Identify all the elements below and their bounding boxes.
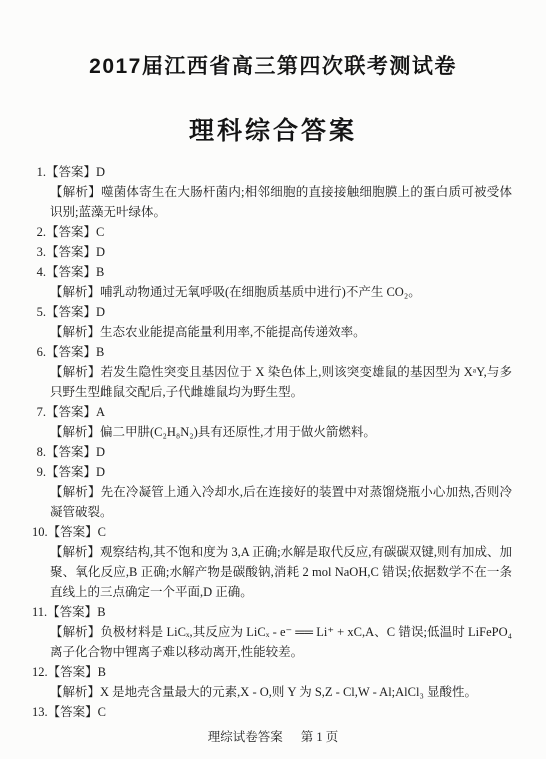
analysis-paragraph: 【解析】若发生隐性突变且基因位于 X 染色体上,则该突变雄鼠的基因型为 XᵃY,… <box>50 362 512 402</box>
answer-item: 4.【答案】B 【解析】哺乳动物通过无氧呼吸(在细胞质基质中进行)不产生 CO₂… <box>0 262 546 302</box>
answer-line: 12.【答案】B <box>32 662 546 682</box>
analysis-paragraph: 【解析】观察结构,其不饱和度为 3,A 正确;水解是取代反应,有碳碳双键,则有加… <box>50 542 512 602</box>
item-number: 5. <box>32 302 46 322</box>
analysis-paragraph: 【解析】哺乳动物通过无氧呼吸(在细胞质基质中进行)不产生 CO₂。 <box>50 282 512 302</box>
page-subtitle: 理科综合答案 <box>0 116 546 146</box>
answer-line: 10.【答案】C <box>32 522 546 542</box>
item-number: 7. <box>32 402 46 422</box>
answer-item: 8.【答案】D <box>0 442 546 462</box>
analysis-label: 【解析】 <box>50 425 100 439</box>
item-number: 9. <box>32 462 46 482</box>
answer-label: 【答案】 <box>46 305 96 319</box>
analysis-text: 生态农业能提高能量利用率,不能提高传递效率。 <box>100 325 366 339</box>
answer-line: 6.【答案】B <box>32 342 546 362</box>
page-footer: 理综试卷答案第 1 页 <box>0 727 546 747</box>
analysis-paragraph: 【解析】噬菌体寄生在大肠杆菌内;相邻细胞的直接接触细胞膜上的蛋白质可被受体识别;… <box>50 182 512 222</box>
answer-label: 【答案】 <box>46 225 96 239</box>
analysis-label: 【解析】 <box>50 285 100 299</box>
analysis-text: 若发生隐性突变且基因位于 X 染色体上,则该突变雄鼠的基因型为 XᵃY,与多只野… <box>50 365 512 399</box>
analysis-paragraph: 【解析】负极材料是 LiCₓ,其反应为 LiCₓ - e⁻ ══ Li⁺ + x… <box>50 622 512 662</box>
answer-label: 【答案】 <box>46 445 96 459</box>
answer-line: 9.【答案】D <box>32 462 546 482</box>
answer-label: 【答案】 <box>46 165 96 179</box>
analysis-paragraph: 【解析】生态农业能提高能量利用率,不能提高传递效率。 <box>50 322 512 342</box>
answer-item: 7.【答案】A 【解析】偏二甲肼(C₂H₈N₂)具有还原性,才用于做火箭燃料。 <box>0 402 546 442</box>
analysis-label: 【解析】 <box>50 545 100 559</box>
footer-doc-name: 理综试卷答案 <box>208 730 283 744</box>
answer-label: 【答案】 <box>48 525 98 539</box>
analysis-label: 【解析】 <box>50 685 100 699</box>
answer-value: C <box>98 525 106 539</box>
answer-value: B <box>97 605 105 619</box>
answer-item: 1.【答案】D 【解析】噬菌体寄生在大肠杆菌内;相邻细胞的直接接触细胞膜上的蛋白… <box>0 162 546 222</box>
answer-label: 【答案】 <box>48 705 98 719</box>
answer-value: D <box>96 305 105 319</box>
analysis-text: 观察结构,其不饱和度为 3,A 正确;水解是取代反应,有碳碳双键,则有加成、加聚… <box>50 545 512 599</box>
answer-sheet-page: 2017届江西省高三第四次联考测试卷 理科综合答案 1.【答案】D 【解析】噬菌… <box>0 0 546 759</box>
analysis-label: 【解析】 <box>50 485 101 499</box>
answer-value: C <box>96 225 104 239</box>
item-number: 3. <box>32 242 46 262</box>
item-number: 4. <box>32 262 46 282</box>
answer-item: 12.【答案】B 【解析】X 是地壳含量最大的元素,X - O,则 Y 为 S,… <box>0 662 546 702</box>
analysis-label: 【解析】 <box>50 185 101 199</box>
answer-line: 3.【答案】D <box>32 242 546 262</box>
answer-item: 2.【答案】C <box>0 222 546 242</box>
answer-label: 【答案】 <box>46 245 96 259</box>
analysis-paragraph: 【解析】X 是地壳含量最大的元素,X - O,则 Y 为 S,Z - Cl,W … <box>50 682 512 702</box>
analysis-label: 【解析】 <box>50 365 101 379</box>
answer-line: 4.【答案】B <box>32 262 546 282</box>
answers-list: 1.【答案】D 【解析】噬菌体寄生在大肠杆菌内;相邻细胞的直接接触细胞膜上的蛋白… <box>0 162 546 722</box>
answer-item: 3.【答案】D <box>0 242 546 262</box>
answer-value: D <box>96 245 105 259</box>
item-number: 10. <box>32 522 48 542</box>
item-number: 6. <box>32 342 46 362</box>
answer-value: C <box>98 705 106 719</box>
answer-value: B <box>96 265 104 279</box>
answer-value: D <box>96 445 105 459</box>
analysis-label: 【解析】 <box>50 325 100 339</box>
answer-label: 【答案】 <box>46 465 96 479</box>
item-number: 8. <box>32 442 46 462</box>
answer-line: 1.【答案】D <box>32 162 546 182</box>
answer-label: 【答案】 <box>48 665 98 679</box>
answer-value: B <box>96 345 104 359</box>
answer-item: 13.【答案】C <box>0 702 546 722</box>
analysis-text: X 是地壳含量最大的元素,X - O,则 Y 为 S,Z - Cl,W - Al… <box>100 685 477 699</box>
item-number: 11. <box>32 602 47 622</box>
footer-page-number: 第 1 页 <box>301 730 339 744</box>
answer-line: 2.【答案】C <box>32 222 546 242</box>
answer-line: 11.【答案】B <box>32 602 546 622</box>
analysis-text: 噬菌体寄生在大肠杆菌内;相邻细胞的直接接触细胞膜上的蛋白质可被受体识别;蓝藻无叶… <box>50 185 512 219</box>
answer-label: 【答案】 <box>46 405 96 419</box>
analysis-label: 【解析】 <box>50 625 100 639</box>
answer-item: 9.【答案】D 【解析】先在冷凝管上通入冷却水,后在连接好的装置中对蒸馏烧瓶小心… <box>0 462 546 522</box>
answer-item: 6.【答案】B 【解析】若发生隐性突变且基因位于 X 染色体上,则该突变雄鼠的基… <box>0 342 546 402</box>
answer-line: 5.【答案】D <box>32 302 546 322</box>
analysis-paragraph: 【解析】偏二甲肼(C₂H₈N₂)具有还原性,才用于做火箭燃料。 <box>50 422 512 442</box>
page-title: 2017届江西省高三第四次联考测试卷 <box>0 54 546 80</box>
answer-item: 11.【答案】B 【解析】负极材料是 LiCₓ,其反应为 LiCₓ - e⁻ ═… <box>0 602 546 662</box>
item-number: 13. <box>32 702 48 722</box>
answer-line: 7.【答案】A <box>32 402 546 422</box>
answer-value: B <box>98 665 106 679</box>
item-number: 2. <box>32 222 46 242</box>
answer-value: D <box>96 165 105 179</box>
analysis-text: 负极材料是 LiCₓ,其反应为 LiCₓ - e⁻ ══ Li⁺ + xC,A、… <box>50 625 512 659</box>
analysis-text: 哺乳动物通过无氧呼吸(在细胞质基质中进行)不产生 CO₂。 <box>100 285 421 299</box>
answer-item: 10.【答案】C 【解析】观察结构,其不饱和度为 3,A 正确;水解是取代反应,… <box>0 522 546 602</box>
item-number: 12. <box>32 662 48 682</box>
answer-label: 【答案】 <box>46 345 96 359</box>
analysis-text: 先在冷凝管上通入冷却水,后在连接好的装置中对蒸馏烧瓶小心加热,否则冷凝管破裂。 <box>50 485 512 519</box>
analysis-paragraph: 【解析】先在冷凝管上通入冷却水,后在连接好的装置中对蒸馏烧瓶小心加热,否则冷凝管… <box>50 482 512 522</box>
answer-value: A <box>96 405 105 419</box>
answer-value: D <box>96 465 105 479</box>
answer-item: 5.【答案】D 【解析】生态农业能提高能量利用率,不能提高传递效率。 <box>0 302 546 342</box>
answer-line: 8.【答案】D <box>32 442 546 462</box>
item-number: 1. <box>32 162 46 182</box>
analysis-text: 偏二甲肼(C₂H₈N₂)具有还原性,才用于做火箭燃料。 <box>100 425 376 439</box>
answer-label: 【答案】 <box>46 265 96 279</box>
answer-label: 【答案】 <box>47 605 97 619</box>
answer-line: 13.【答案】C <box>32 702 546 722</box>
